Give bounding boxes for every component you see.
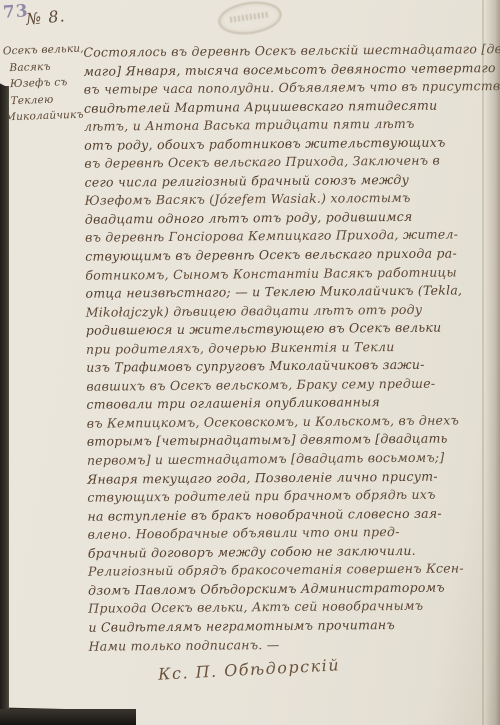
paper-crease bbox=[482, 0, 484, 725]
scanned-page-photo: 73 № 8. Осекъ вельки,ВасякъЮзефъ съТекле… bbox=[0, 0, 500, 725]
handwritten-line: вавшихъ въ Осекъ вельскомъ, Браку сему п… bbox=[86, 374, 476, 396]
act-number: № 8. bbox=[25, 6, 66, 28]
handwritten-line: на вступленіе въ бракъ новобрачной слове… bbox=[87, 504, 477, 526]
body-text: Состоялось въ деревнѣ Осекъ вельскій шес… bbox=[83, 40, 478, 655]
margin-note: Осекъ вельки,ВасякъЮзефъ съТеклеюМиколай… bbox=[3, 41, 84, 126]
page-gutter-shading bbox=[484, 0, 500, 725]
handwritten-line: свидѣтелей Мартина Арцишевскаго пятидеся… bbox=[84, 96, 474, 118]
manuscript-page: 73 № 8. Осекъ вельки,ВасякъЮзефъ съТекле… bbox=[0, 0, 500, 725]
handwritten-line: въ деревнѣ Осекъ вельскаго Прихода, Закл… bbox=[84, 152, 474, 174]
photo-dark-edge-bottom bbox=[0, 709, 136, 725]
embossed-stamp-icon bbox=[216, 0, 284, 38]
priest-signature: Кс. П. Обѣдорскій bbox=[158, 655, 341, 684]
handwritten-line: Нами только подписанъ. — bbox=[89, 634, 479, 656]
handwritten-line: родившеюся и жительствующею въ Осекъ вел… bbox=[86, 319, 476, 341]
handwritten-line: Осекъ вельки, bbox=[3, 41, 82, 60]
handwritten-line: Прихода Осекъ вельки, Актъ сей новобрачн… bbox=[88, 597, 478, 619]
handwritten-line: Миколайчикъ bbox=[5, 107, 84, 126]
photo-dark-edge-left bbox=[0, 86, 9, 725]
